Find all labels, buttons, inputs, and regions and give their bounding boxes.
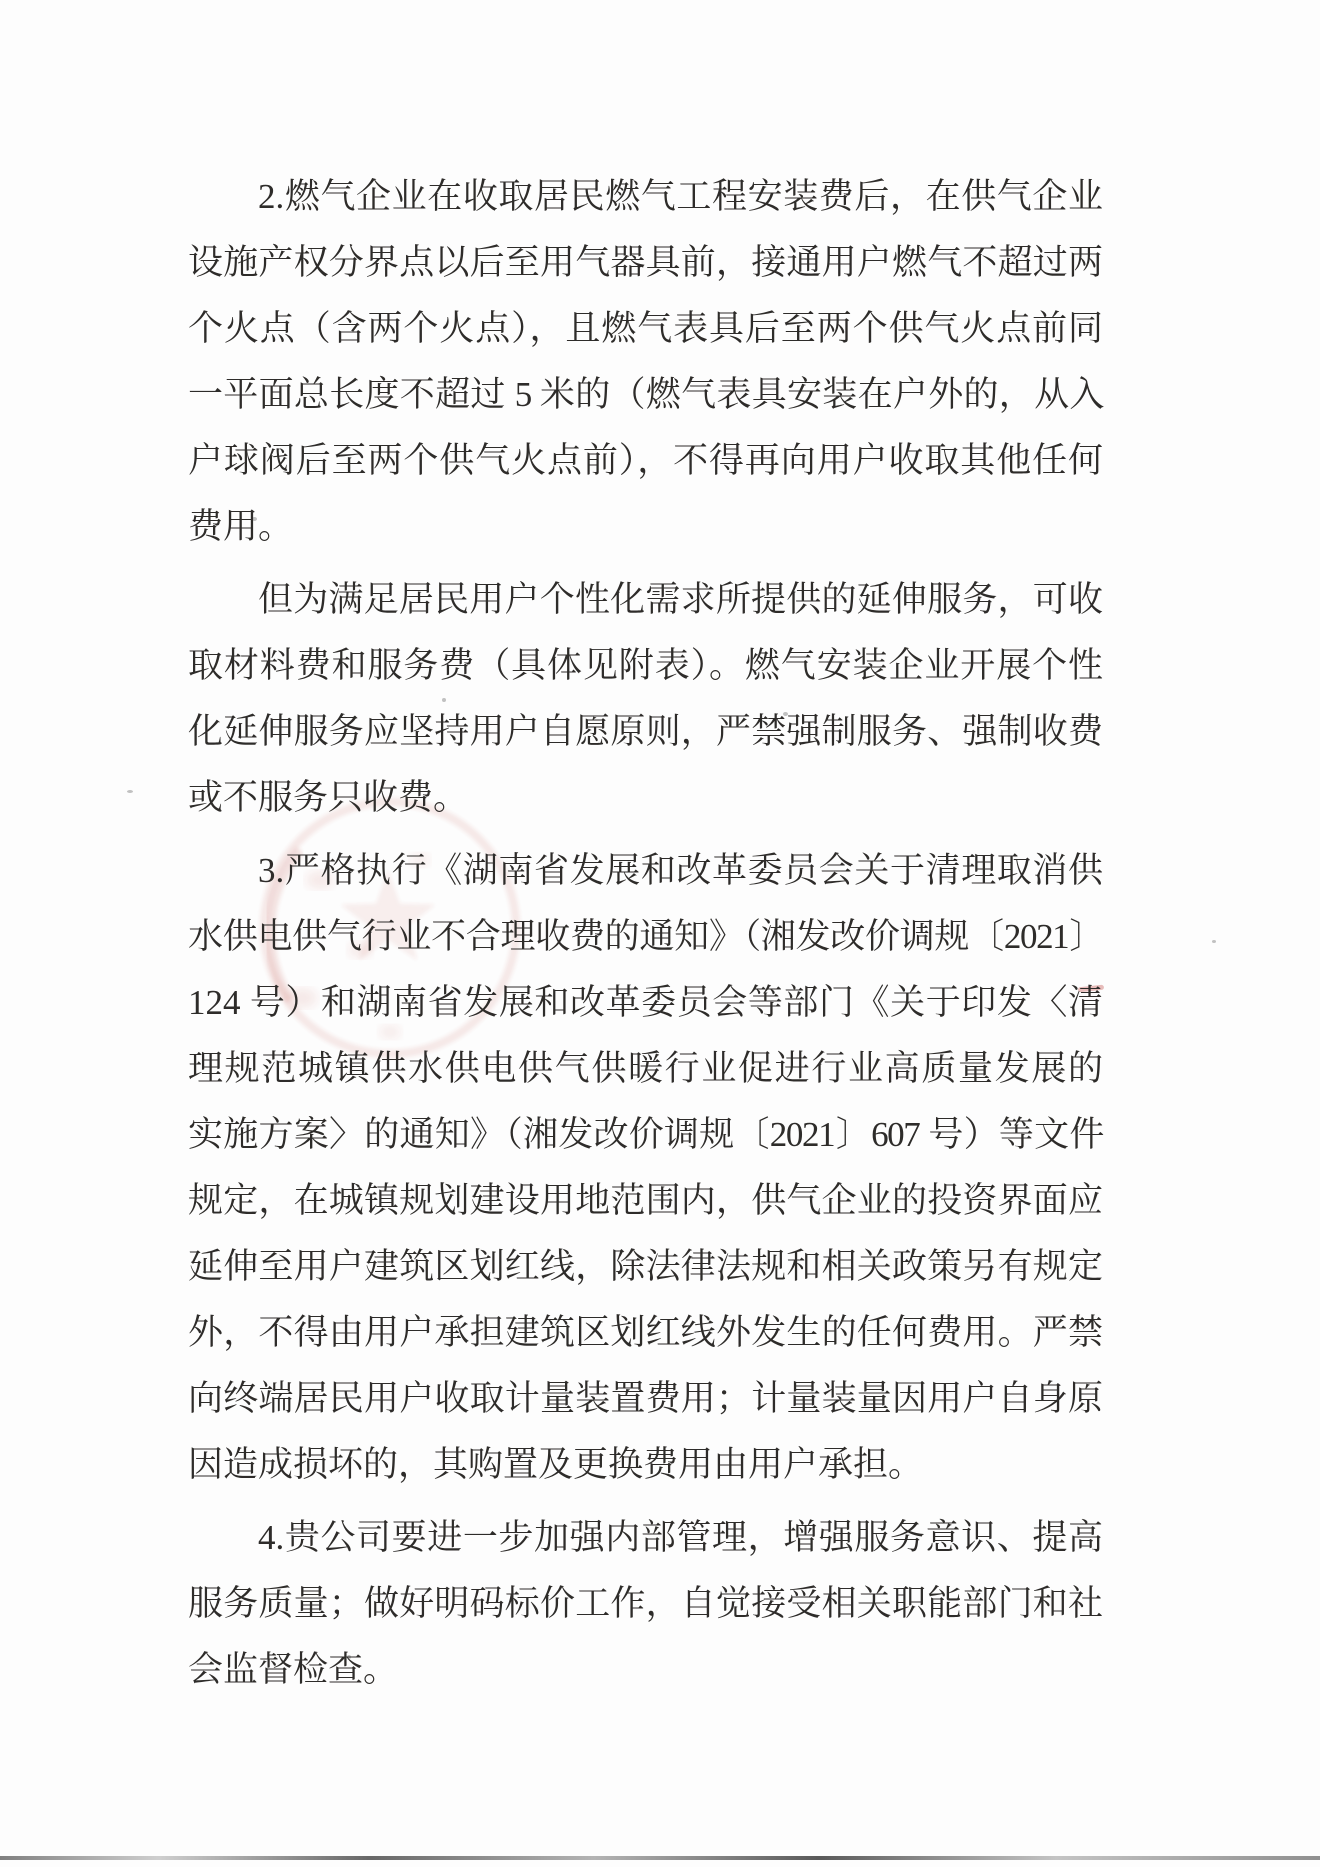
text-line: 因造成损坏的，其购置及更换费用由用户承担。 <box>188 1432 1103 1498</box>
text-line: 外，不得由用户承担建筑区划红线外发生的任何费用。严禁 <box>188 1300 1103 1366</box>
scanned-document-page: 2.燃气企业在收取居民燃气工程安装费后，在供气企业 设施产权分界点以后至用气器具… <box>0 0 1320 1867</box>
text-line: 费用。 <box>188 494 1103 560</box>
text-line: 124 号）和湖南省发展和改革委员会等部门《关于印发〈清 <box>188 970 1103 1036</box>
text-line: 会监督检查。 <box>188 1637 1103 1703</box>
text-line: 3.严格执行《湖南省发展和改革委员会关于清理取消供 <box>188 838 1103 904</box>
text-line: 水供电供气行业不合理收费的通知》（湘发改价调规〔2021〕 <box>188 904 1103 970</box>
paragraph-3-policy-documents: 3.严格执行《湖南省发展和改革委员会关于清理取消供 水供电供气行业不合理收费的通… <box>188 838 1103 1498</box>
document-text-block: 2.燃气企业在收取居民燃气工程安装费后，在供气企业 设施产权分界点以后至用气器具… <box>188 164 1103 1703</box>
scan-speck <box>127 790 133 793</box>
text-line: 户球阀后至两个供气火点前），不得再向用户收取其他任何 <box>188 428 1103 494</box>
text-line: 2.燃气企业在收取居民燃气工程安装费后，在供气企业 <box>188 164 1103 230</box>
scanner-edge-line <box>0 1856 1320 1860</box>
text-line: 延伸至用户建筑区划红线，除法律法规和相关政策另有规定 <box>188 1234 1103 1300</box>
text-line: 实施方案〉的通知》（湘发改价调规〔2021〕607 号）等文件 <box>188 1102 1103 1168</box>
text-line: 或不服务只收费。 <box>188 765 1103 831</box>
text-line: 4.贵公司要进一步加强内部管理，增强服务意识、提高 <box>188 1505 1103 1571</box>
text-line: 向终端居民用户收取计量装置费用；计量装量因用户自身原 <box>188 1366 1103 1432</box>
paragraph-extended-services: 但为满足居民用户个性化需求所提供的延伸服务，可收 取材料费和服务费（具体见附表）… <box>188 567 1103 831</box>
text-line: 一平面总长度不超过 5 米的（燃气表具安装在户外的，从入 <box>188 362 1103 428</box>
text-line: 化延伸服务应坚持用户自愿原则，严禁强制服务、强制收费 <box>188 699 1103 765</box>
text-line: 个火点（含两个火点），且燃气表具后至两个供气火点前同 <box>188 296 1103 362</box>
paragraph-2-gas-installation-fee: 2.燃气企业在收取居民燃气工程安装费后，在供气企业 设施产权分界点以后至用气器具… <box>188 164 1103 560</box>
scan-speck <box>1212 940 1216 943</box>
text-line: 设施产权分界点以后至用气器具前，接通用户燃气不超过两 <box>188 230 1103 296</box>
paragraph-4-internal-management: 4.贵公司要进一步加强内部管理，增强服务意识、提高 服务质量；做好明码标价工作，… <box>188 1505 1103 1703</box>
text-line: 取材料费和服务费（具体见附表）。燃气安装企业开展个性 <box>188 633 1103 699</box>
text-line: 规定，在城镇规划建设用地范围内，供气企业的投资界面应 <box>188 1168 1103 1234</box>
text-line: 但为满足居民用户个性化需求所提供的延伸服务，可收 <box>188 567 1103 633</box>
text-line: 理规范城镇供水供电供气供暖行业促进行业高质量发展的 <box>188 1036 1103 1102</box>
text-line: 服务质量；做好明码标价工作，自觉接受相关职能部门和社 <box>188 1571 1103 1637</box>
